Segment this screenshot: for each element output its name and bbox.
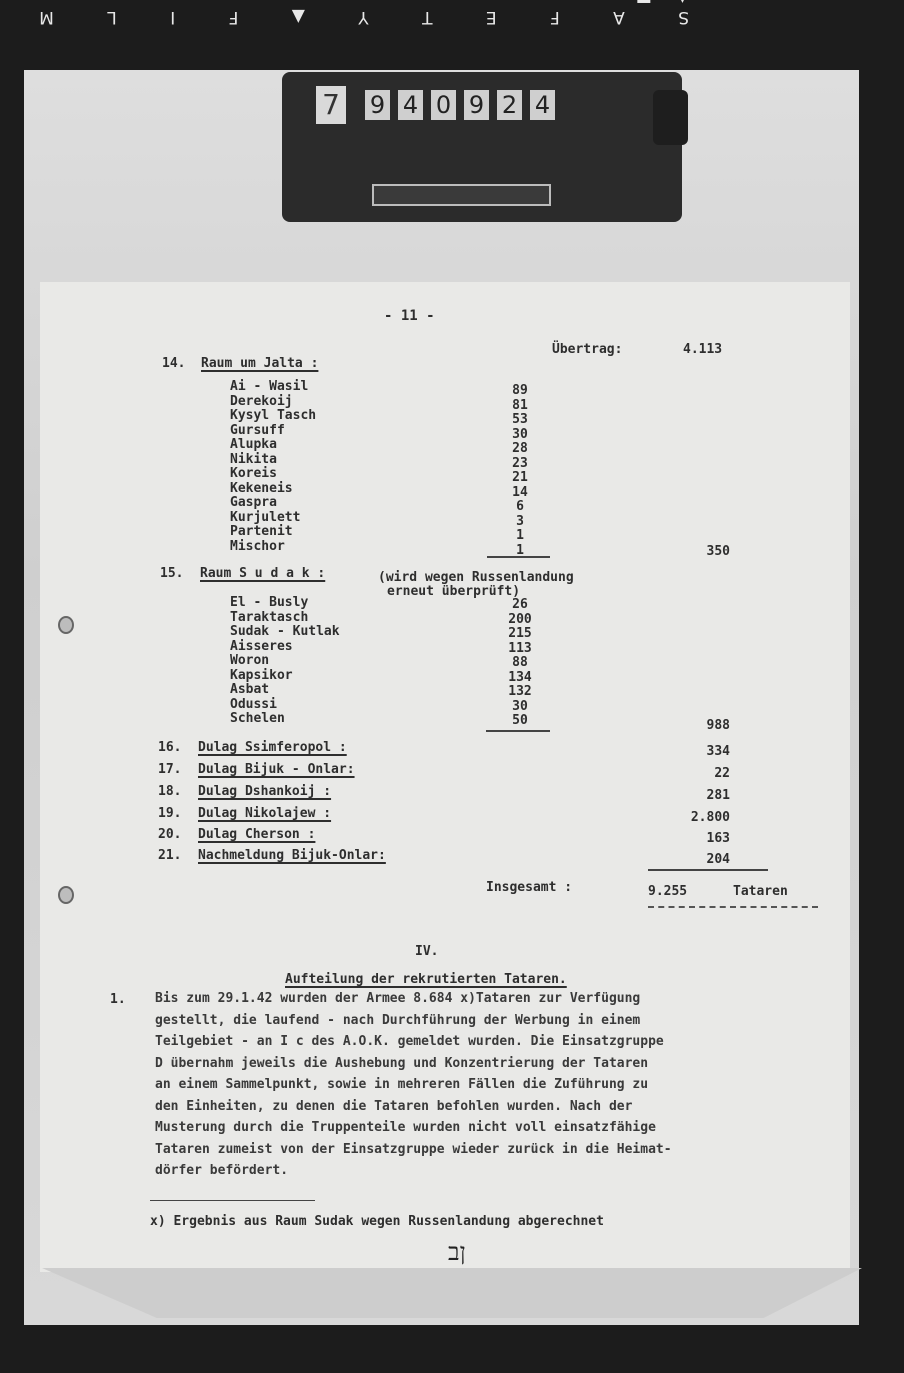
counter-prefix: 7 [316,86,346,124]
subtotal-rule [486,730,550,732]
double-rule [648,906,818,908]
counter-digits: 9 4 0 9 2 4 [365,90,555,120]
location-name: Woron [230,654,340,669]
counter-digit: 9 [464,90,489,120]
counter-digit: 0 [431,90,456,120]
location-value: 26 [490,598,550,613]
location-name: Gaspra [230,496,316,511]
location-value: 28 [490,442,550,457]
location-value: 23 [490,457,550,472]
footnote: x) Ergebnis aus Raum Sudak wegen Russenl… [150,1214,604,1229]
location-name: Derekoij [230,395,316,410]
section-number: 15. [160,566,183,581]
location-name: Kekeneis [230,482,316,497]
paragraph-line: Musterung durch die Truppenteile wurden … [155,1117,820,1139]
location-value: 132 [490,685,550,700]
section-14-locations: Ai - WasilDerekoijKysyl TaschGursuffAlup… [230,380,316,554]
grand-total-label: Insgesamt : [486,880,572,895]
counter-digit: 4 [398,90,423,120]
location-name: Taraktasch [230,611,340,626]
location-name: Schelen [230,712,340,727]
paragraph-line: dörfer befördert. [155,1160,820,1182]
location-name: Gursuff [230,424,316,439]
location-value: 50 [490,714,550,729]
location-name: Kapsikor [230,669,340,684]
punch-hole-icon [58,616,74,634]
location-value: 200 [490,613,550,628]
row-number: 17. [158,762,181,777]
location-value: 81 [490,399,550,414]
paragraph-line: gestellt, die laufend - nach Durchführun… [155,1010,820,1032]
row-title: Dulag Nikolajew : [198,806,331,821]
location-value: 89 [490,384,550,399]
row-title: Dulag Ssimferopol : [198,740,347,755]
location-value: 88 [490,656,550,671]
location-name: Nikita [230,453,316,468]
location-name: Kysyl Tasch [230,409,316,424]
location-value: 30 [490,700,550,715]
row-value: 2.800 [670,810,730,825]
film-edge-label: S A F E T Y ▲ F I L M ▲■ [0,0,904,30]
row-value: 334 [670,744,730,759]
row-value: 281 [670,788,730,803]
punch-hole-icon [58,886,74,904]
section-14-values: 89815330282321146311 [490,384,550,558]
section-note: erneut überprüft) [387,584,520,599]
section-title: Raum um Jalta : [201,356,318,371]
location-name: El - Busly [230,596,340,611]
row-value: 22 [670,766,730,781]
carry-over-value: 4.113 [683,342,722,357]
row-value: 163 [670,831,730,846]
location-name: Ai - Wasil [230,380,316,395]
counter-slot [372,184,551,206]
row-number: 18. [158,784,181,799]
grand-total-unit: Tataren [733,884,788,899]
section-total: 350 [670,544,730,559]
location-name: Mischor [230,540,316,555]
location-value: 134 [490,671,550,686]
section-title: Raum S u d a k : [200,566,325,581]
paragraph-line: Bis zum 29.1.42 wurden der Armee 8.684 x… [155,988,820,1010]
location-name: Sudak - Kutlak [230,625,340,640]
location-value: 6 [490,500,550,515]
paragraph-line: den Einheiten, zu denen die Tataren befo… [155,1096,820,1118]
chapter-heading: Aufteilung der rekrutierten Tataren. [285,972,567,987]
row-number: 16. [158,740,181,755]
location-name: Alupka [230,438,316,453]
location-value: 30 [490,428,550,443]
counter-digit: 9 [365,90,390,120]
paragraph-line: an einem Sammelpunkt, sowie in mehreren … [155,1074,820,1096]
paragraph-number: 1. [110,992,126,1007]
row-title: Dulag Cherson : [198,827,315,842]
location-name: Partenit [230,525,316,540]
counter-digit: 4 [530,90,555,120]
row-title: Nachmeldung Bijuk-Onlar: [198,848,386,863]
row-value: 204 [670,852,730,867]
location-value: 21 [490,471,550,486]
section-15-values: 26200215113881341323050 [490,598,550,729]
location-value: 113 [490,642,550,657]
location-name: Aisseres [230,640,340,655]
section-total: 988 [670,718,730,733]
row-number: 20. [158,827,181,842]
handwritten-mark: ןב [448,1238,466,1267]
location-name: Kurjulett [230,511,316,526]
total-rule [648,869,768,871]
row-number: 21. [158,848,181,863]
paragraph-line: Tataren zumeist von der Einsatzgruppe wi… [155,1139,820,1161]
location-value: 53 [490,413,550,428]
location-name: Asbat [230,683,340,698]
section-number: 14. [162,356,185,371]
subtotal-rule [487,556,550,558]
carry-over-label: Übertrag: [552,342,622,357]
counter-digit: 2 [497,90,522,120]
location-value: 3 [490,515,550,530]
footnote-rule [150,1200,315,1201]
location-value: 215 [490,627,550,642]
paragraph-body: Bis zum 29.1.42 wurden der Armee 8.684 x… [155,988,820,1182]
location-name: Odussi [230,698,340,713]
section-15-locations: El - BuslyTaraktaschSudak - KutlakAisser… [230,596,340,727]
location-value: 14 [490,486,550,501]
counter-dial [653,90,688,145]
location-name: Koreis [230,467,316,482]
paragraph-line: Teilgebiet - an I c des A.O.K. gemeldet … [155,1031,820,1053]
paragraph-line: D übernahm jeweils die Aushebung und Kon… [155,1053,820,1075]
location-value: 1 [490,529,550,544]
page-fold [42,1268,862,1318]
row-number: 19. [158,806,181,821]
row-title: Dulag Dshankoij : [198,784,331,799]
page-number: - 11 - [384,308,435,324]
chapter-numeral: IV. [415,944,438,959]
row-title: Dulag Bijuk - Onlar: [198,762,355,777]
section-note: (wird wegen Russenlandung [378,570,574,585]
grand-total-value: 9.255 [648,884,687,899]
